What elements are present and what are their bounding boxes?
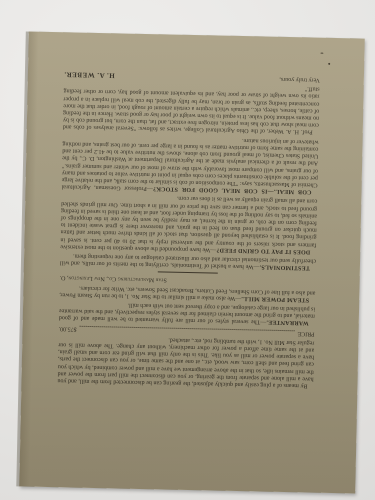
steam-mill-heading: STEAM POWER MILL. bbox=[241, 295, 309, 302]
testimonials-heading: TESTIMONIALS. bbox=[259, 264, 310, 271]
price-value: $75.00. bbox=[59, 324, 77, 332]
warrantee-heading: WARRANTEE. bbox=[266, 319, 309, 326]
cob-meal-text: —Professor Goessman, Agricultural Chemis… bbox=[62, 137, 319, 192]
paper-speck bbox=[328, 63, 330, 65]
intro-paragraph: By means of a plug easily and quickly ad… bbox=[57, 333, 314, 389]
section-divider bbox=[158, 272, 218, 274]
letter-closing: Very truly yours, bbox=[279, 75, 320, 83]
grind-feed-heading: DOES IT PAY TO GRIND FEED? bbox=[216, 246, 310, 254]
signature-name: H. A. WEBER. bbox=[64, 70, 115, 78]
weber-letter-paragraph: Prof. H. A. Weber, of the Ohio Agricultu… bbox=[63, 79, 320, 135]
upside-down-print: By means of a plug easily and quickly ad… bbox=[57, 70, 320, 388]
paper-speck bbox=[320, 53, 323, 54]
printed-sheet: By means of a plug easily and quickly ad… bbox=[19, 32, 364, 494]
grind-feed-paragraph: DOES IT PAY TO GRIND FEED?—We have propo… bbox=[60, 192, 317, 255]
warrantee-paragraph: WARRANTEE.—The several styles of our mil… bbox=[59, 299, 315, 326]
cob-meal-paragraph: COB MEAL.—IS COB MEAL GOOD FOR STOCK?—Pr… bbox=[62, 132, 319, 195]
price-label: PRICE bbox=[297, 329, 314, 337]
testimonials-paragraph: TESTIMONIALS.—We have a bushel of Testim… bbox=[60, 251, 316, 271]
grind-feed-text: —We have propounded the above question t… bbox=[60, 195, 317, 252]
